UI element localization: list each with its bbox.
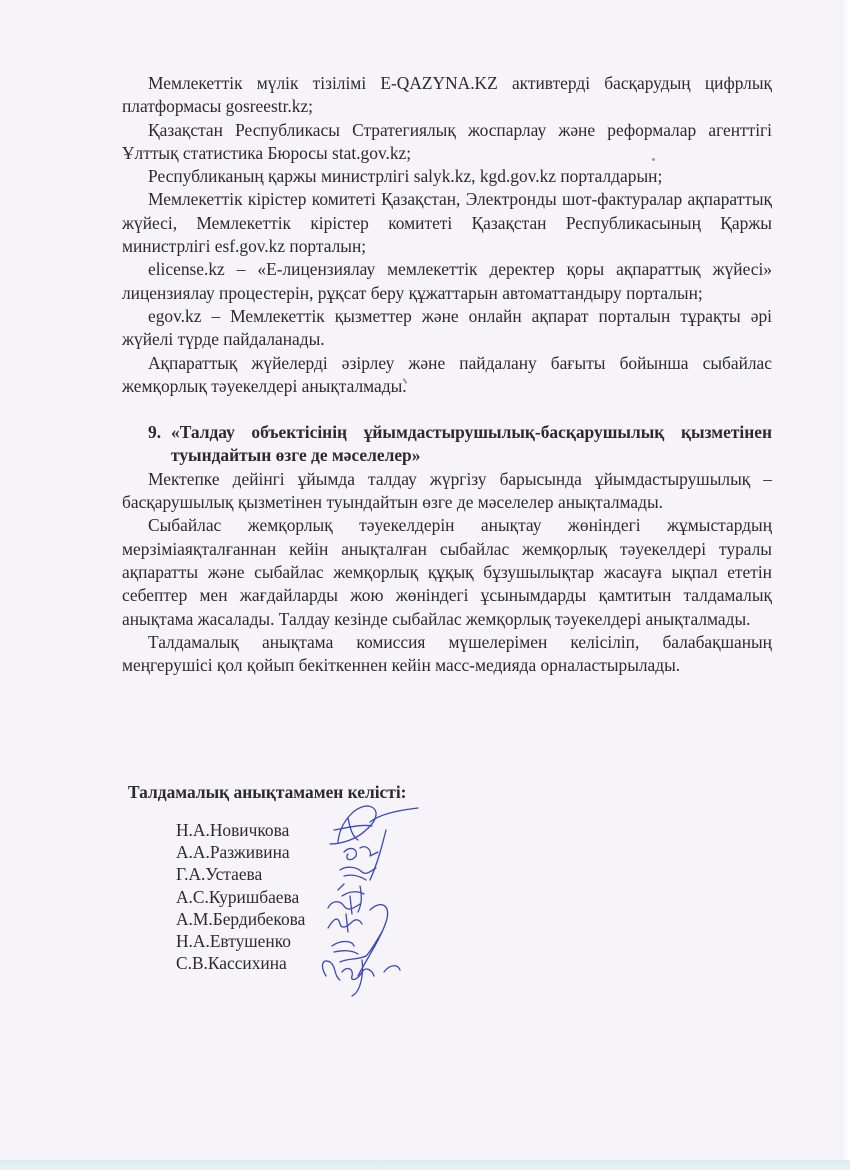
paragraph-publication: Талдамалық анықтама комиссия мүшелерімен… (122, 631, 772, 678)
signer-name: С.В.Кассихина (176, 952, 305, 974)
signer-name: Г.А.Устаева (176, 863, 305, 885)
signer-name: А.М.Бердибекова (176, 908, 305, 930)
paragraph-gosreestr: Мемлекеттік мүлік тізілімі E-QAZYNA.KZ а… (122, 72, 772, 119)
signature-icon (323, 806, 418, 996)
scan-edge-bottom (0, 1160, 850, 1170)
section-number: 9. (148, 421, 171, 468)
scanned-page: Мемлекеттік мүлік тізілімі E-QAZYNA.KZ а… (0, 0, 840, 1160)
paragraph-stat: Қазақстан Республикасы Стратегиялық жосп… (122, 119, 772, 166)
signer-name: Н.А.Новичкова (176, 819, 305, 841)
section-title: «Талдау объектісінің ұйымдастырушылық-ба… (171, 421, 772, 468)
scan-speck (652, 158, 655, 161)
paragraph-salyk: Республиканың қаржы министрлігі salyk.kz… (122, 165, 772, 188)
signer-name: Н.А.Евтушенко (176, 930, 305, 952)
signers-list: Н.А.Новичкова А.А.Разживина Г.А.Устаева … (176, 819, 305, 974)
paragraph-esf: Мемлекеттік кірістер комитеті Қазақстан,… (122, 188, 772, 258)
signer-name: А.С.Куришбаева (176, 886, 305, 908)
section-heading: 9. «Талдау объектісінің ұйымдастырушылық… (122, 421, 772, 468)
document-body: Мемлекеттік мүлік тізілімі E-QAZYNA.KZ а… (122, 72, 772, 677)
paragraph-analytical-report: Сыбайлас жемқорлық тәуекелдерін анықтау … (122, 514, 772, 630)
spacer (122, 398, 772, 421)
handwritten-signatures (300, 800, 430, 1000)
signer-name: А.А.Разживина (176, 841, 305, 863)
paragraph-elicense: elicense.kz – «Е-лицензиялау мемлекеттік… (122, 258, 772, 305)
paragraph-org-issues: Мектепке дейінгі ұйымда талдау жүргізу б… (122, 468, 772, 515)
paragraph-egov: egov.kz – Мемлекеттік қызметтер және онл… (122, 305, 772, 352)
scan-edge-right (840, 0, 850, 1170)
paragraph-is-conclusion: Ақпараттық жүйелерді әзірлеу және пайдал… (122, 352, 772, 399)
